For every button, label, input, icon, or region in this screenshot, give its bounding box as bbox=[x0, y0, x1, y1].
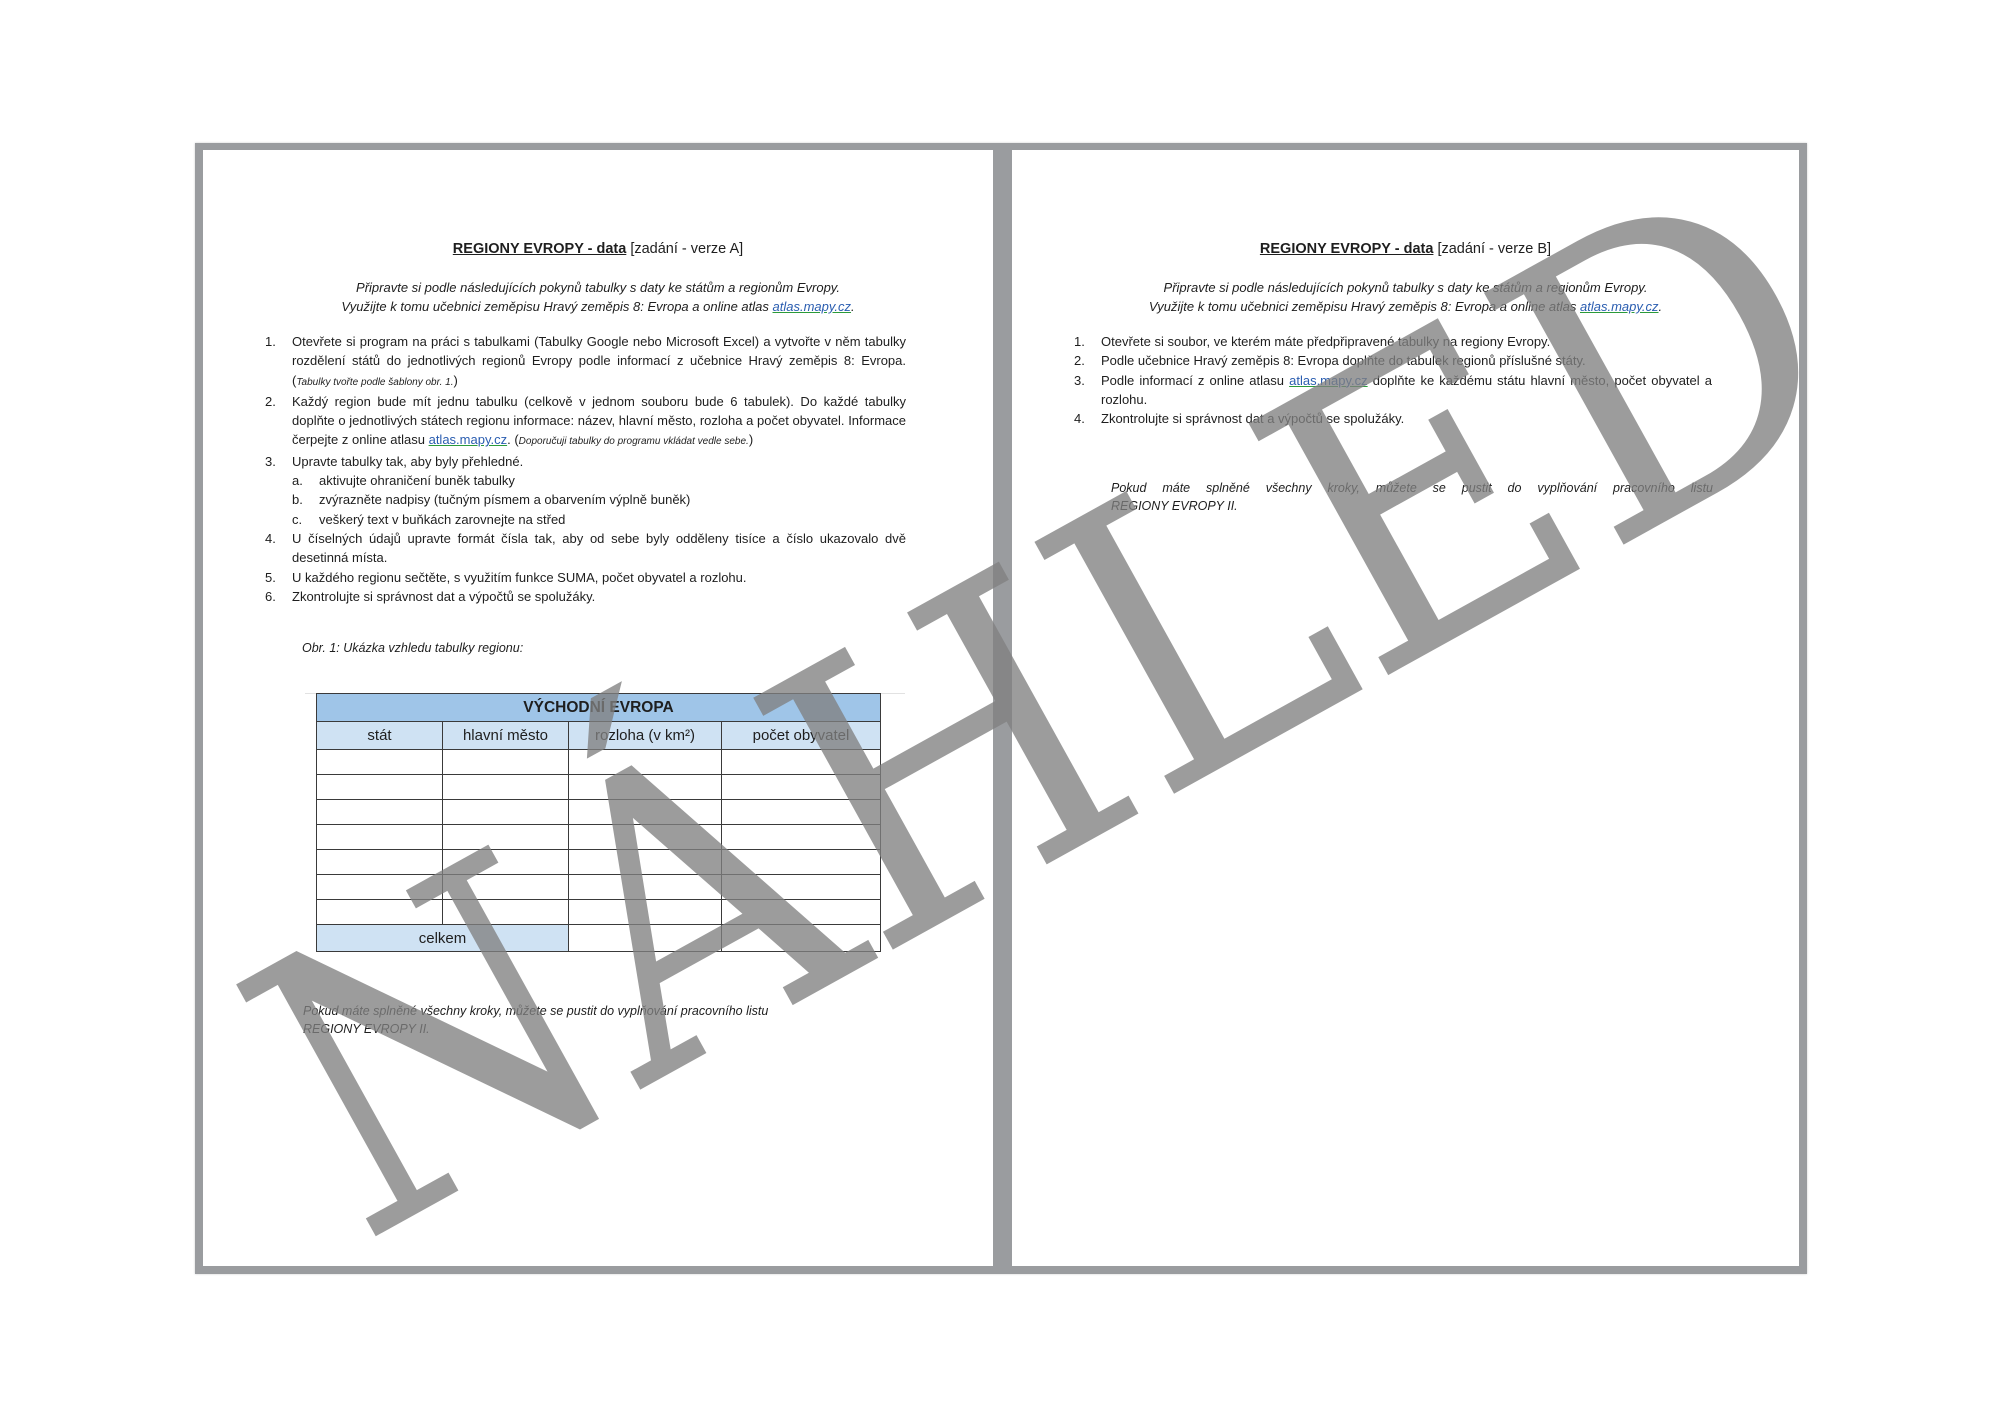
table-row bbox=[317, 900, 881, 925]
closing-text: Pokud máte splněné všechny kroky, můžete… bbox=[1111, 479, 1713, 497]
list-item: 1.Otevřete si soubor, ve kterém máte pře… bbox=[1074, 332, 1712, 351]
table-cell bbox=[569, 775, 722, 800]
table-cell bbox=[443, 875, 569, 900]
page-version-a: REGIONY EVROPY - data [zadání - verze A]… bbox=[203, 150, 993, 1266]
list-item: 2.Každý region bude mít jednu tabulku (c… bbox=[265, 392, 906, 452]
column-header: hlavní město bbox=[443, 722, 569, 750]
page-version-b: REGIONY EVROPY - data [zadání - verze B]… bbox=[1012, 150, 1799, 1266]
list-item: b.zvýrazněte nadpisy (tučným písmem a ob… bbox=[265, 490, 906, 509]
table-cell bbox=[443, 800, 569, 825]
table-cell bbox=[443, 850, 569, 875]
list-item: 1.Otevřete si program na práci s tabulka… bbox=[265, 332, 906, 392]
table-row bbox=[317, 775, 881, 800]
table-cell bbox=[569, 750, 722, 775]
table-cell bbox=[722, 900, 881, 925]
closing-text: Pokud máte splněné všechny kroky, můžete… bbox=[303, 1002, 863, 1038]
figure-caption: Obr. 1: Ukázka vzhledu tabulky regionu: bbox=[302, 641, 523, 655]
table-cell bbox=[722, 825, 881, 850]
page-divider bbox=[993, 150, 1012, 1266]
table-cell bbox=[443, 900, 569, 925]
list-item: 3.Upravte tabulky tak, aby byly přehledn… bbox=[265, 452, 906, 471]
intro-text: Připravte si podle následujících pokynů … bbox=[1012, 278, 1799, 316]
list-item: 4.Zkontrolujte si správnost dat a výpočt… bbox=[1074, 409, 1712, 428]
table-cell bbox=[569, 925, 722, 952]
table-cell bbox=[443, 825, 569, 850]
total-label: celkem bbox=[317, 925, 569, 952]
table-cell bbox=[722, 775, 881, 800]
table-row bbox=[317, 875, 881, 900]
table-title-row: VÝCHODNÍ EVROPA bbox=[317, 694, 881, 722]
list-item: 5.U každého regionu sečtěte, s využitím … bbox=[265, 568, 906, 587]
list-item: 2.Podle učebnice Hravý zeměpis 8: Evropa… bbox=[1074, 351, 1712, 370]
list-item: 6.Zkontrolujte si správnost dat a výpočt… bbox=[265, 587, 906, 606]
instructions-list: 1.Otevřete si soubor, ve kterém máte pře… bbox=[1074, 332, 1712, 428]
atlas-link[interactable]: atlas.mapy.cz bbox=[1580, 299, 1659, 314]
table-cell bbox=[317, 775, 443, 800]
table-cell bbox=[569, 825, 722, 850]
table-cell bbox=[722, 875, 881, 900]
table-cell bbox=[317, 875, 443, 900]
column-header: počet obyvatel bbox=[722, 722, 881, 750]
table-cell bbox=[569, 900, 722, 925]
closing-text-line2: REGIONY EVROPY II. bbox=[1111, 497, 1238, 515]
table-row bbox=[317, 850, 881, 875]
table-cell bbox=[722, 750, 881, 775]
list-item: c.veškerý text v buňkách zarovnejte na s… bbox=[265, 510, 906, 529]
atlas-link[interactable]: atlas.mapy.cz bbox=[773, 299, 852, 314]
table-cell bbox=[569, 800, 722, 825]
table-cell bbox=[569, 850, 722, 875]
table-cell bbox=[443, 775, 569, 800]
table-row bbox=[317, 750, 881, 775]
table-cell bbox=[317, 750, 443, 775]
table-total-row: celkem bbox=[317, 925, 881, 952]
table-cell bbox=[317, 800, 443, 825]
table-cell bbox=[317, 850, 443, 875]
table-title: VÝCHODNÍ EVROPA bbox=[317, 694, 881, 722]
list-item: 3.Podle informací z online atlasu atlas.… bbox=[1074, 371, 1712, 410]
column-header: rozloha (v km²) bbox=[569, 722, 722, 750]
table-cell bbox=[722, 800, 881, 825]
table-cell bbox=[722, 850, 881, 875]
table-cell bbox=[722, 925, 881, 952]
table-cell bbox=[443, 750, 569, 775]
table-row bbox=[317, 800, 881, 825]
page-title: REGIONY EVROPY - data [zadání - verze B] bbox=[1012, 241, 1799, 257]
atlas-link[interactable]: atlas.mapy.cz bbox=[1289, 373, 1368, 388]
table-row bbox=[317, 825, 881, 850]
table-header-row: státhlavní městorozloha (v km²)počet oby… bbox=[317, 722, 881, 750]
region-table-sample: VÝCHODNÍ EVROPAstáthlavní městorozloha (… bbox=[316, 693, 881, 952]
table-cell bbox=[569, 875, 722, 900]
list-item: 4.U číselných údajů upravte formát čísla… bbox=[265, 529, 906, 568]
atlas-link[interactable]: atlas.mapy.cz bbox=[429, 432, 508, 447]
instructions-list: 1.Otevřete si program na práci s tabulka… bbox=[265, 332, 906, 606]
page-title: REGIONY EVROPY - data [zadání - verze A] bbox=[203, 241, 993, 257]
list-item: a.aktivujte ohraničení buněk tabulky bbox=[265, 471, 906, 490]
table-cell bbox=[317, 825, 443, 850]
intro-text: Připravte si podle následujících pokynů … bbox=[203, 278, 993, 316]
column-header: stát bbox=[317, 722, 443, 750]
table-cell bbox=[317, 900, 443, 925]
